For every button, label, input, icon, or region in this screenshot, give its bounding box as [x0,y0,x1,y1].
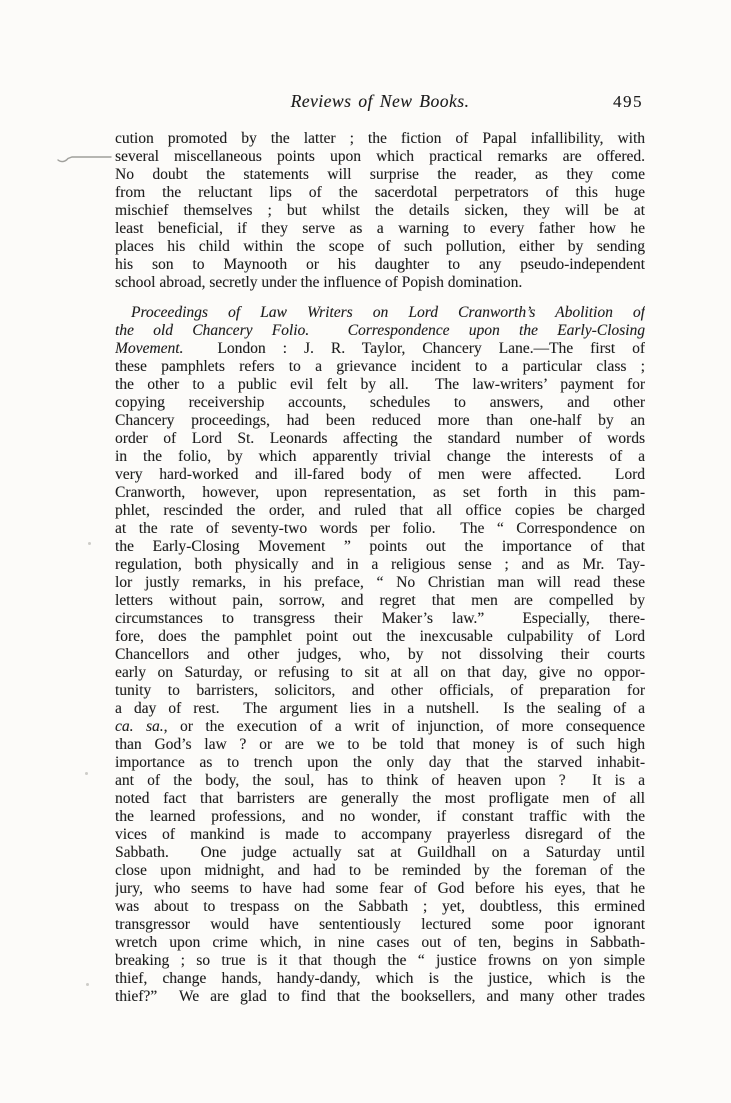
text-line: thief?” We are glad to find that the boo… [115,988,645,1006]
body-text: ant of the body, the soul, has to think … [115,772,645,789]
text-line: transgressor would have sententiously le… [115,916,645,934]
text-line: than God’s law ? or are we to be told th… [115,736,645,754]
body-text: thief?” We are glad to find that the boo… [115,988,645,1005]
body-text: in the folio, by which apparently trivia… [115,448,645,465]
body-text: thief, change hands, handy-dandy, which … [115,970,645,987]
body-text: importance as to trench upon the only da… [115,754,645,771]
body-text: phlet, rescinded the order, and ruled th… [115,502,645,519]
text-line: wretch upon crime which, in nine cases o… [115,934,645,952]
body-text: than God’s law ? or are we to be told th… [115,736,645,753]
body-text: breaking ; so true is it that though the… [115,952,645,969]
italic-text: Movement. [115,340,183,357]
body-text: order of Lord St. Leonards affecting the… [115,430,645,447]
body-text: circumstances to transgress their Maker’… [115,610,645,627]
text-line: vices of mankind is made to accompany pr… [115,826,645,844]
text-line: circumstances to transgress their Maker’… [115,610,645,628]
text-line: these pamphlets refers to a grievance in… [115,358,645,376]
text-line: jury, who seems to have had some fear of… [115,880,645,898]
running-title: Reviews of New Books. [115,91,645,112]
text-line: Proceedings of Law Writers on Lord Cranw… [115,304,645,322]
text-line: phlet, rescinded the order, and ruled th… [115,502,645,520]
text-line: ant of the body, the soul, has to think … [115,772,645,790]
text-line: No doubt the statements will surprise th… [115,166,645,184]
text-line: very hard-worked and ill-fared body of m… [115,466,645,484]
body-text: , or the execution of a writ of injuncti… [164,718,645,735]
text-line: in the folio, by which apparently trivia… [115,448,645,466]
body-text: early on Saturday, or refusing to sit at… [115,664,645,681]
body-text: least beneficial, if they serve as a war… [115,220,645,237]
italic-text: Proceedings of Law Writers on Lord Cranw… [131,304,645,321]
body-text: No doubt the statements will surprise th… [115,166,645,183]
text-line: school abroad, secretly under the influe… [115,274,645,292]
body-text: at the rate of seventy-two words per fol… [115,520,645,537]
body-text: places his child within the scope of suc… [115,238,645,255]
scanned-book-page: Reviews of New Books. 495 cution promote… [0,0,731,1103]
text-line: several miscellaneous points upon which … [115,148,645,166]
text-line: Cranworth, however, upon representation,… [115,484,645,502]
text-line: the old Chancery Folio. Correspondence u… [115,322,645,340]
text-line: lor justly remarks, in his preface, “ No… [115,574,645,592]
body-text: the other to a public evil felt by all. … [115,376,645,393]
text-line: Movement. London : J. R. Taylor, Chancer… [115,340,645,358]
body-text: mischief themselves ; but whilst the det… [115,202,645,219]
text-block: cution promoted by the latter ; the fict… [115,130,645,1006]
text-line: a day of rest. The argument lies in a nu… [115,700,645,718]
paragraph: Proceedings of Law Writers on Lord Cranw… [115,304,645,1006]
body-text: the Early-Closing Movement ” points out … [115,538,645,555]
body-text: Chancellors and other judges, who, by no… [115,646,645,663]
text-line: from the reluctant lips of the sacerdota… [115,184,645,202]
body-text: these pamphlets refers to a grievance in… [115,358,645,375]
text-line: early on Saturday, or refusing to sit at… [115,664,645,682]
text-line: ca. sa., or the execution of a writ of i… [115,718,645,736]
text-line: Sabbath. One judge actually sat at Guild… [115,844,645,862]
text-line: at the rate of seventy-two words per fol… [115,520,645,538]
body-text: jury, who seems to have had some fear of… [115,880,645,897]
text-line: close upon midnight, and had to be remin… [115,862,645,880]
text-line: fore, does the pamphlet point out the in… [115,628,645,646]
body-text: tunity to barristers, solicitors, and ot… [115,682,645,699]
text-line: thief, change hands, handy-dandy, which … [115,970,645,988]
text-line: tunity to barristers, solicitors, and ot… [115,682,645,700]
text-line: his son to Maynooth or his daughter to a… [115,256,645,274]
pencil-dash-margin-mark-icon [56,149,114,166]
ink-speck [88,542,91,545]
text-line: Chancery proceedings, had been reduced m… [115,412,645,430]
body-text: school abroad, secretly under the influe… [115,274,522,291]
body-text: London : J. R. Taylor, Chancery Lane.—Th… [183,340,645,357]
body-text: copying receivership accounts, schedules… [115,394,645,411]
body-text: his son to Maynooth or his daughter to a… [115,256,645,273]
body-text: transgressor would have sententiously le… [115,916,645,933]
body-text: several miscellaneous points upon which … [115,148,645,165]
body-text: noted fact that barristers are generally… [115,790,645,807]
text-line: Chancellors and other judges, who, by no… [115,646,645,664]
body-text: Sabbath. One judge actually sat at Guild… [115,844,645,861]
body-text: regulation, both physically and in a rel… [115,556,645,573]
body-text: the learned professions, and no wonder, … [115,808,645,825]
page-header: Reviews of New Books. 495 [115,91,645,115]
text-line: cution promoted by the latter ; the fict… [115,130,645,148]
body-text: was about to trespass on the Sabbath ; y… [115,898,645,915]
body-text: wretch upon crime which, in nine cases o… [115,934,645,951]
text-line: breaking ; so true is it that though the… [115,952,645,970]
text-line: the other to a public evil felt by all. … [115,376,645,394]
body-text: cution promoted by the latter ; the fict… [115,130,645,147]
body-text: vices of mankind is made to accompany pr… [115,826,645,843]
body-text: letters without pain, sorrow, and regret… [115,592,645,609]
text-line: mischief themselves ; but whilst the det… [115,202,645,220]
text-line: was about to trespass on the Sabbath ; y… [115,898,645,916]
body-text: close upon midnight, and had to be remin… [115,862,645,879]
text-line: regulation, both physically and in a rel… [115,556,645,574]
body-text: fore, does the pamphlet point out the in… [115,628,645,645]
text-line: least beneficial, if they serve as a war… [115,220,645,238]
text-line: importance as to trench upon the only da… [115,754,645,772]
italic-text: ca. sa. [115,718,164,735]
body-text: Chancery proceedings, had been reduced m… [115,412,645,429]
text-line: order of Lord St. Leonards affecting the… [115,430,645,448]
text-line: noted fact that barristers are generally… [115,790,645,808]
text-line: places his child within the scope of suc… [115,238,645,256]
body-text: a day of rest. The argument lies in a nu… [115,700,645,717]
ink-speck [86,983,89,986]
italic-text: the old Chancery Folio. Correspondence u… [115,322,645,339]
body-text: lor justly remarks, in his preface, “ No… [115,574,645,591]
text-line: letters without pain, sorrow, and regret… [115,592,645,610]
paragraph: cution promoted by the latter ; the fict… [115,130,645,292]
body-text: Cranworth, however, upon representation,… [115,484,645,501]
text-line: the learned professions, and no wonder, … [115,808,645,826]
page-number: 495 [613,92,643,112]
body-text: very hard-worked and ill-fared body of m… [115,466,645,483]
text-line: copying receivership accounts, schedules… [115,394,645,412]
ink-speck [85,772,88,775]
text-line: the Early-Closing Movement ” points out … [115,538,645,556]
body-text: from the reluctant lips of the sacerdota… [115,184,645,201]
